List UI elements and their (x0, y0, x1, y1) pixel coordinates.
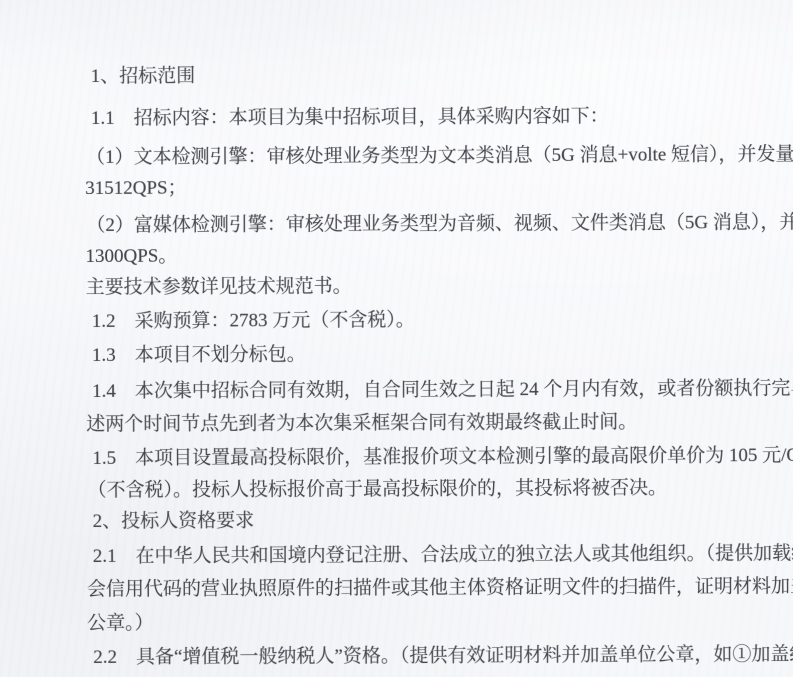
clause-line-1-4: 1.4 本次集中招标合同有效期，自合同生效之日起 24 个月内有效，或者份额执行… (86, 373, 751, 407)
clause-line-item-1: （1）文本检测引擎：审核处理业务类型为文本类消息（5G 消息+volte 短信）… (85, 139, 750, 173)
clause-line-1-3: 1.3 本项目不划分标包。 (86, 337, 751, 371)
clause-line-tech-params: 主要技术参数详见技术规范书。 (86, 269, 751, 303)
clause-line-item-1-cont: 31512QPS； (85, 170, 750, 204)
clause-line-2-1: 2.1 在中华人民共和国境内登记注册、合法成立的独立法人或其他组织。（提供加载统… (87, 538, 752, 572)
clause-line-2-1-cont-1: 会信用代码的营业执照原件的扫描件或其他主体资格证明文件的扫描件，证明材料加盖单位 (87, 571, 752, 605)
clause-line-item-2: （2）富媒体检测引擎：审核处理业务类型为音频、视频、文件类消息（5G 消息），并… (85, 207, 750, 241)
clause-line-2-1-cont-2: 公章。） (87, 605, 752, 639)
clause-line-item-2-cont: 1300QPS。 (85, 238, 750, 272)
document-text-block: 1、招标范围 1.1 招标内容：本项目为集中招标项目，具体采购内容如下： （1）… (85, 58, 753, 673)
clause-line-1-4-cont: 述两个时间节点先到者为本次集采框架合同有效期最终截止时间。 (86, 406, 751, 440)
clause-line-1-2: 1.2 采购预算：2783 万元（不含税）。 (86, 303, 751, 337)
clause-line-1-1: 1.1 招标内容：本项目为集中招标项目，具体采购内容如下： (85, 100, 750, 134)
clause-line-1-5-cont: （不含税）。投标人投标报价高于最高投标限价的，其投标将被否决。 (86, 472, 751, 506)
scanned-document-page: 1、招标范围 1.1 招标内容：本项目为集中招标项目，具体采购内容如下： （1）… (0, 0, 793, 677)
clause-line-2-2: 2.2 具备“增值税一般纳税人”资格。（提供有效证明材料并加盖单位公章，如①加盖… (87, 639, 752, 673)
section-heading-bidding-scope: 1、招标范围 (85, 58, 750, 92)
section-heading-bidder-qualifications: 2、投标人资格要求 (87, 503, 752, 537)
clause-line-1-5: 1.5 本项目设置最高投标限价，基准报价项文本检测引擎的最高限价单价为 105 … (86, 440, 751, 474)
